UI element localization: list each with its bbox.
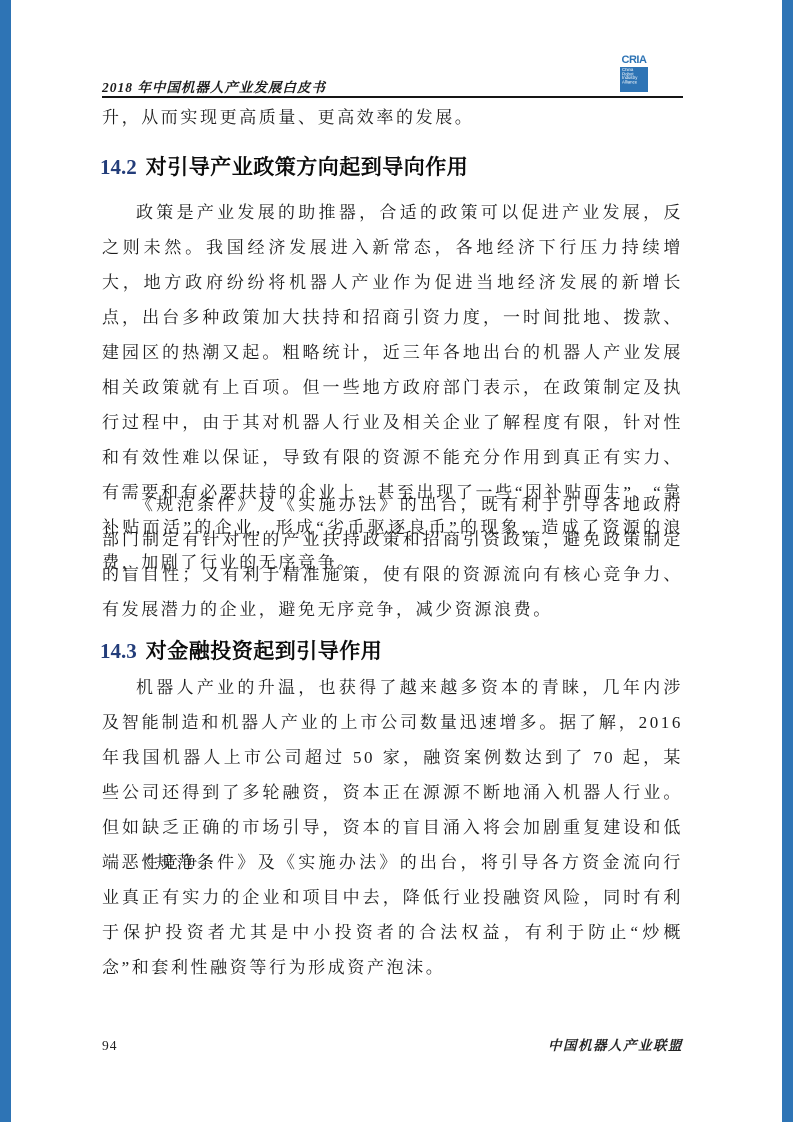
running-header-title: 2018 年中国机器人产业发展白皮书: [102, 76, 326, 96]
page-footer: 94 中国机器人产业联盟: [102, 1036, 683, 1056]
cria-logo-acronym: CRIA: [620, 54, 648, 68]
section-heading-14-3: 14.3对金融投资起到引导作用: [100, 637, 700, 666]
footer-organization: 中国机器人产业联盟: [548, 1036, 683, 1056]
right-page-border: [782, 0, 793, 1122]
cria-logo-subtext: China Robot Industry Alliance: [622, 69, 648, 85]
body-paragraph: 《规范条件》及《实施办法》的出台，既有利于引导各地政府部门制定有针对性的产业扶持…: [102, 487, 683, 627]
paragraph-continuation: 升，从而实现更高质量、更高效率的发展。: [102, 100, 683, 135]
logo-line-4: Alliance: [622, 81, 648, 85]
header-divider-rule: [102, 96, 683, 98]
section-title: 对金融投资起到引导作用: [146, 640, 383, 663]
section-heading-14-2: 14.2对引导产业政策方向起到导向作用: [100, 153, 700, 182]
cria-logo-text-block: China Robot Industry Alliance: [620, 68, 648, 92]
cria-logo: CRIA China Robot Industry Alliance: [620, 54, 648, 91]
section-number: 14.3: [100, 639, 137, 663]
page-number: 94: [102, 1036, 118, 1056]
left-page-border: [0, 0, 11, 1122]
body-paragraph: 《规范条件》及《实施办法》的出台，将引导各方资金流向行业真正有实力的企业和项目中…: [102, 845, 683, 985]
section-title: 对引导产业政策方向起到导向作用: [146, 156, 469, 179]
document-page: 2018 年中国机器人产业发展白皮书 CRIA China Robot Indu…: [0, 0, 793, 1122]
section-number: 14.2: [100, 155, 137, 179]
